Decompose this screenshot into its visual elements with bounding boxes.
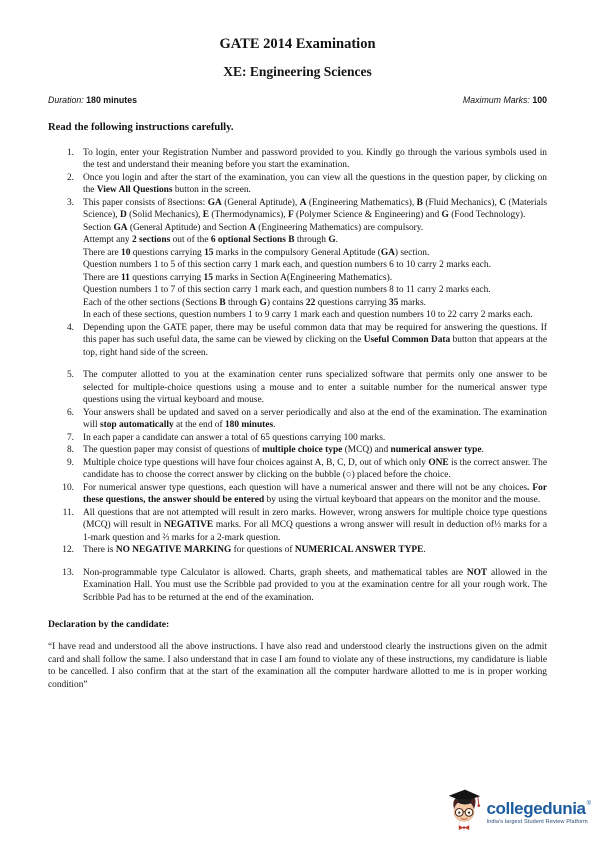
instruction-item: 9.Multiple choice type questions will ha… — [48, 457, 547, 482]
instruction-text: For numerical answer type questions, eac… — [83, 482, 547, 507]
instruction-item: 6.Your answers shall be updated and save… — [48, 407, 547, 432]
instruction-text: All questions that are not attempted wil… — [83, 507, 547, 545]
instruction-item: 7.In each paper a candidate can answer a… — [48, 432, 547, 445]
instructions-list: 1.To login, enter your Registration Numb… — [48, 147, 547, 605]
instruction-text: This paper consists of 8sections: GA (Ge… — [83, 197, 547, 322]
instruction-text: Once you login and after the start of th… — [83, 172, 547, 197]
duration-value: 180 minutes — [86, 95, 137, 105]
instruction-item: 5.The computer allotted to you at the ex… — [48, 369, 547, 407]
instruction-number: 7. — [48, 432, 74, 445]
max-marks-field: Maximum Marks: 100 — [463, 95, 547, 105]
instruction-number: 1. — [48, 147, 74, 172]
instruction-number: 10. — [48, 482, 74, 507]
instruction-item: 10.For numerical answer type questions, … — [48, 482, 547, 507]
instruction-item: 12.There is NO NEGATIVE MARKING for ques… — [48, 544, 547, 557]
max-marks-label: Maximum Marks: — [463, 95, 530, 105]
instruction-item: 11.All questions that are not attempted … — [48, 507, 547, 545]
instruction-item: 3.This paper consists of 8sections: GA (… — [48, 197, 547, 322]
instruction-text: Your answers shall be updated and saved … — [83, 407, 547, 432]
instruction-text: There is NO NEGATIVE MARKING for questio… — [83, 544, 547, 557]
instruction-text: To login, enter your Registration Number… — [83, 147, 547, 172]
instruction-text: Non-programmable type Calculator is allo… — [83, 567, 547, 605]
collegedunia-logo: collegedunia ® India's largest Student R… — [445, 787, 591, 838]
page-title: GATE 2014 Examination — [48, 36, 547, 53]
instruction-number: 9. — [48, 457, 74, 482]
logo-tagline: India's largest Student Review Platform — [486, 819, 591, 825]
instruction-text: In each paper a candidate can answer a t… — [83, 432, 547, 445]
logo-brand-text: collegedunia — [486, 800, 585, 817]
meta-row: Duration: 180 minutes Maximum Marks: 100 — [48, 95, 547, 105]
exam-instructions-page: GATE 2014 Examination XE: Engineering Sc… — [0, 0, 595, 842]
instruction-number: 2. — [48, 172, 74, 197]
instruction-item: 13.Non-programmable type Calculator is a… — [48, 567, 547, 605]
logo-text-block: collegedunia ® India's largest Student R… — [486, 800, 591, 825]
instruction-number: 5. — [48, 369, 74, 407]
instruction-number: 12. — [48, 544, 74, 557]
instruction-item: 1.To login, enter your Registration Numb… — [48, 147, 547, 172]
declaration-heading: Declaration by the candidate: — [48, 619, 547, 630]
instruction-item: 8.The question paper may consist of ques… — [48, 444, 547, 457]
instruction-number: 11. — [48, 507, 74, 545]
instruction-text: Depending upon the GATE paper, there may… — [83, 322, 547, 360]
instruction-text: Multiple choice type questions will have… — [83, 457, 547, 482]
instruction-number: 3. — [48, 197, 74, 322]
instruction-number: 6. — [48, 407, 74, 432]
instruction-number: 13. — [48, 567, 74, 605]
instruction-item: 4.Depending upon the GATE paper, there m… — [48, 322, 547, 360]
instruction-item: 2.Once you login and after the start of … — [48, 172, 547, 197]
instructions-heading: Read the following instructions carefull… — [48, 122, 547, 133]
declaration-text: “I have read and understood all the abov… — [48, 641, 547, 691]
max-marks-value: 100 — [532, 95, 547, 105]
collegedunia-mascot-icon — [445, 787, 483, 838]
instruction-text: The computer allotted to you at the exam… — [83, 369, 547, 407]
page-subtitle: XE: Engineering Sciences — [48, 64, 547, 80]
registered-trademark-icon: ® — [587, 801, 591, 807]
instruction-number: 8. — [48, 444, 74, 457]
instruction-number: 4. — [48, 322, 74, 360]
instruction-text: The question paper may consist of questi… — [83, 444, 547, 457]
duration-field: Duration: 180 minutes — [48, 95, 137, 105]
duration-label: Duration: — [48, 95, 84, 105]
page-content: GATE 2014 Examination XE: Engineering Sc… — [0, 0, 595, 691]
